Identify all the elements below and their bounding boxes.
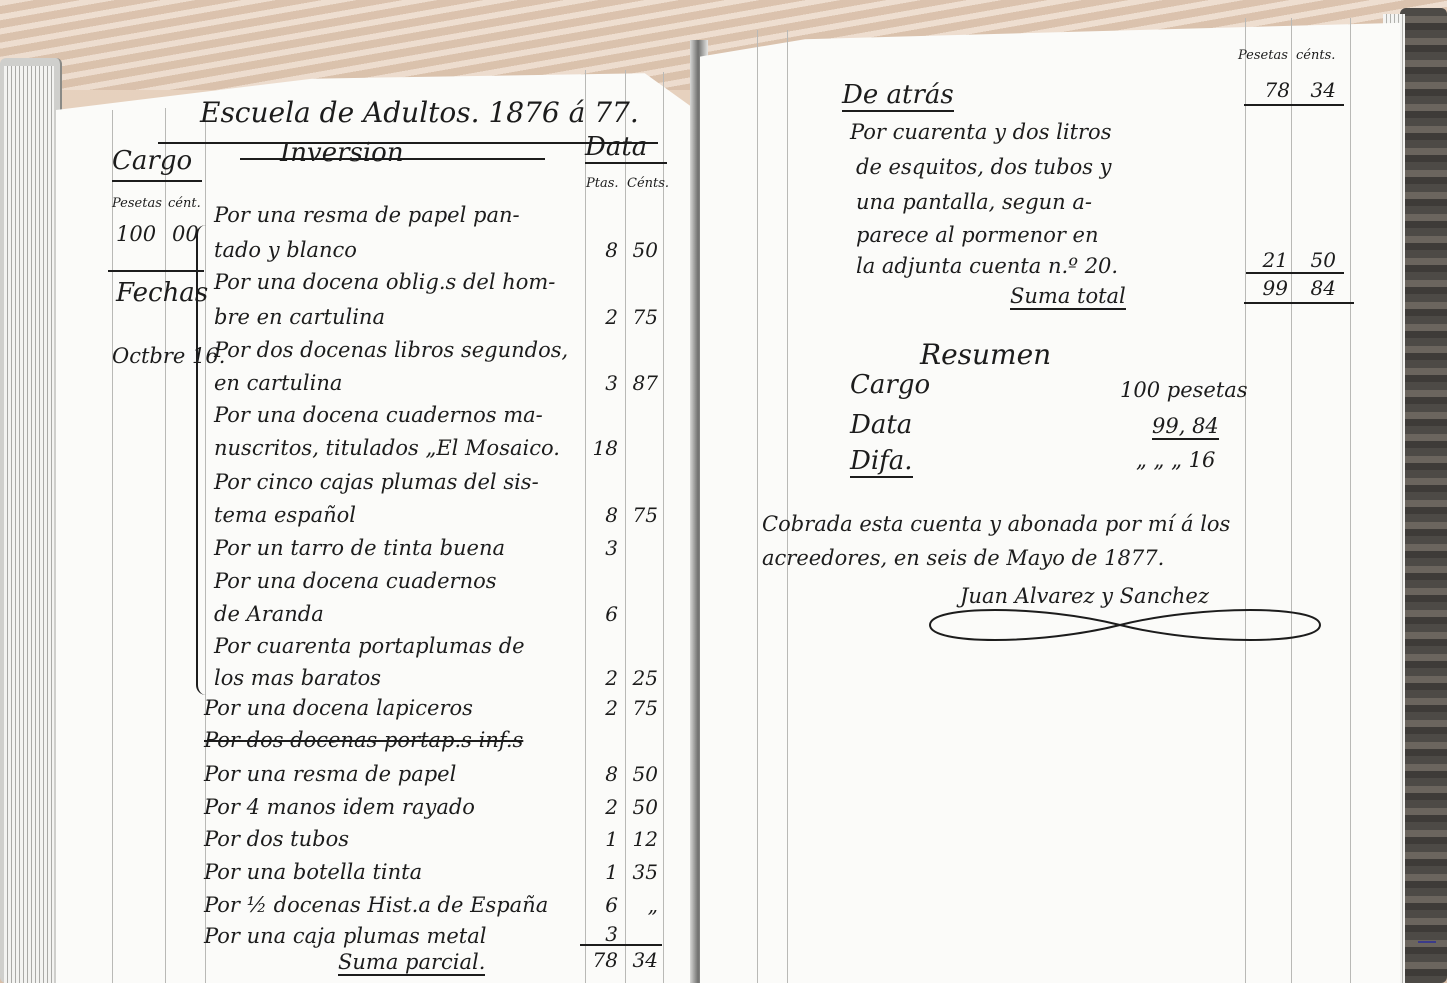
summary-value-cargo: 100 pesetas	[1120, 378, 1248, 402]
entry-line: de Aranda	[214, 602, 324, 626]
entry-line: parece al pormenor en	[856, 223, 1099, 247]
total-double-rule	[1244, 302, 1354, 304]
subtotal-label: Suma parcial.	[338, 950, 485, 976]
column-line	[1350, 18, 1351, 983]
cargo-underline	[112, 180, 202, 182]
summary-title: Resumen	[920, 338, 1051, 371]
summary-label-cargo: Cargo	[850, 370, 930, 400]
entry-line: tema español	[214, 503, 356, 527]
entry-pesetas: 8	[590, 503, 618, 527]
entry-line: nuscritos, titulados „El Mosaico.	[214, 436, 560, 460]
entry-pesetas: 3	[590, 922, 618, 946]
entry-line: Por 4 manos idem rayado	[204, 795, 475, 819]
entry-pesetas: 18	[584, 436, 618, 460]
page-title: Escuela de Adultos. 1876 á 77.	[200, 96, 639, 129]
entry-centimos: „	[628, 893, 658, 917]
entry-line: Por una caja plumas metal	[204, 924, 486, 948]
struck-entry-line: Por dos docenas portap.s inf.s	[204, 728, 523, 752]
entry-pesetas: 2	[590, 666, 618, 690]
entry-line: Por una resma de papel	[204, 762, 456, 786]
entry-pesetas: 21	[1240, 248, 1288, 272]
entry-line: los mas baratos	[214, 666, 381, 690]
entry-line: en cartulina	[214, 371, 342, 395]
subtotal-rule	[580, 944, 662, 946]
column-line	[1291, 18, 1292, 983]
total-rule	[1246, 272, 1344, 274]
note-line: acreedores, en seis de Mayo de 1877.	[762, 546, 1164, 570]
data-col-pesetas: Ptas.	[586, 176, 619, 191]
cargo-centimos-value: 00	[172, 222, 199, 246]
carried-centimos: 34	[1296, 78, 1336, 102]
entry-line: Por una docena lapiceros	[204, 696, 473, 720]
entry-centimos: 50	[1296, 248, 1336, 272]
entry-line: Por dos docenas libros segundos,	[214, 338, 568, 362]
summary-value-data: 99, 84	[1152, 414, 1219, 440]
entry-centimos: 50	[628, 238, 658, 262]
entry-line: bre en cartulina	[214, 305, 385, 329]
column-line	[625, 70, 626, 983]
entry-pesetas: 6	[590, 602, 618, 626]
entry-centimos: 75	[628, 305, 658, 329]
inversion-underline	[240, 158, 545, 160]
entry-line: Por una docena cuadernos ma-	[214, 403, 543, 427]
entry-line: Por una docena cuadernos	[214, 569, 497, 593]
entry-pesetas: 1	[590, 827, 618, 851]
fechas-header: Fechas	[116, 278, 208, 308]
inversion-header: Inversion	[280, 138, 404, 168]
column-line	[165, 108, 166, 983]
data-header: Data	[585, 132, 647, 162]
subtotal-centimos: 34	[628, 948, 658, 972]
entry-line: Por cuarenta portaplumas de	[214, 634, 525, 658]
entry-pesetas: 8	[590, 238, 618, 262]
entry-pesetas: 2	[590, 305, 618, 329]
entry-line: tado y blanco	[214, 238, 357, 262]
entry-centimos: 50	[628, 795, 658, 819]
entry-pesetas: 3	[590, 536, 618, 560]
column-line	[787, 30, 788, 983]
entry-pesetas: 2	[590, 795, 618, 819]
entry-line: de esquitos, dos tubos y	[856, 155, 1112, 179]
signature-flourish	[920, 600, 1330, 650]
carried-label: De atrás	[842, 80, 954, 112]
total-label: Suma total	[1010, 284, 1126, 310]
carried-pesetas: 78	[1240, 78, 1290, 102]
entry-centimos: 12	[628, 827, 658, 851]
entry-pesetas: 1	[590, 860, 618, 884]
entry-line: una pantalla, segun a-	[856, 190, 1092, 214]
cargo-col-pesetas: Pesetas	[112, 196, 162, 211]
entry-pesetas: 6	[590, 893, 618, 917]
entry-centimos: 25	[628, 666, 658, 690]
blue-ink-mark	[1418, 941, 1436, 943]
carried-rule	[1244, 104, 1344, 106]
entry-line: Por una docena oblig.s del hom-	[214, 270, 555, 294]
cargo-divider	[108, 270, 204, 272]
entry-line: Por dos tubos	[204, 827, 349, 851]
entry-pesetas: 8	[590, 762, 618, 786]
total-centimos: 84	[1296, 276, 1336, 300]
entry-centimos: 75	[628, 696, 658, 720]
entry-line: Por una botella tinta	[204, 860, 422, 884]
col-pesetas-header: Pesetas	[1238, 48, 1288, 63]
total-pesetas: 99	[1240, 276, 1288, 300]
entry-pesetas: 2	[590, 696, 618, 720]
cargo-col-centimos: cént.	[168, 196, 201, 211]
data-col-centimos: Cénts.	[627, 176, 669, 191]
data-underline	[585, 162, 667, 164]
entry-centimos: 87	[628, 371, 658, 395]
book-cover-right	[1400, 8, 1447, 983]
margin-line	[757, 30, 758, 983]
title-underline	[158, 142, 658, 144]
entry-centimos: 50	[628, 762, 658, 786]
margin-line	[112, 110, 113, 983]
col-centimos-header: cénts.	[1296, 48, 1335, 63]
entry-line: la adjunta cuenta n.º 20.	[856, 254, 1118, 278]
entry-line: Por una resma de papel pan-	[214, 203, 520, 227]
entry-line: Por cinco cajas plumas del sis-	[214, 470, 539, 494]
summary-label-difference: Difa.	[850, 446, 913, 478]
entry-centimos: 35	[628, 860, 658, 884]
entry-line: Por ½ docenas Hist.a de España	[204, 893, 548, 917]
column-line	[1245, 18, 1246, 983]
note-line: Cobrada esta cuenta y abonada por mí á l…	[762, 512, 1230, 536]
column-line	[663, 72, 664, 983]
subtotal-pesetas: 78	[580, 948, 618, 972]
summary-label-data: Data	[850, 410, 912, 440]
cargo-pesetas-value: 100	[116, 222, 156, 246]
entries-brace	[196, 225, 212, 695]
page-edges-left	[4, 66, 54, 983]
entry-centimos: 75	[628, 503, 658, 527]
cargo-header: Cargo	[112, 146, 192, 176]
summary-value-difference: „ „ „ 16	[1136, 448, 1215, 472]
column-line	[585, 70, 586, 983]
entry-line: Por un tarro de tinta buena	[214, 536, 505, 560]
entry-pesetas: 3	[590, 371, 618, 395]
entry-line: Por cuarenta y dos litros	[850, 120, 1111, 144]
